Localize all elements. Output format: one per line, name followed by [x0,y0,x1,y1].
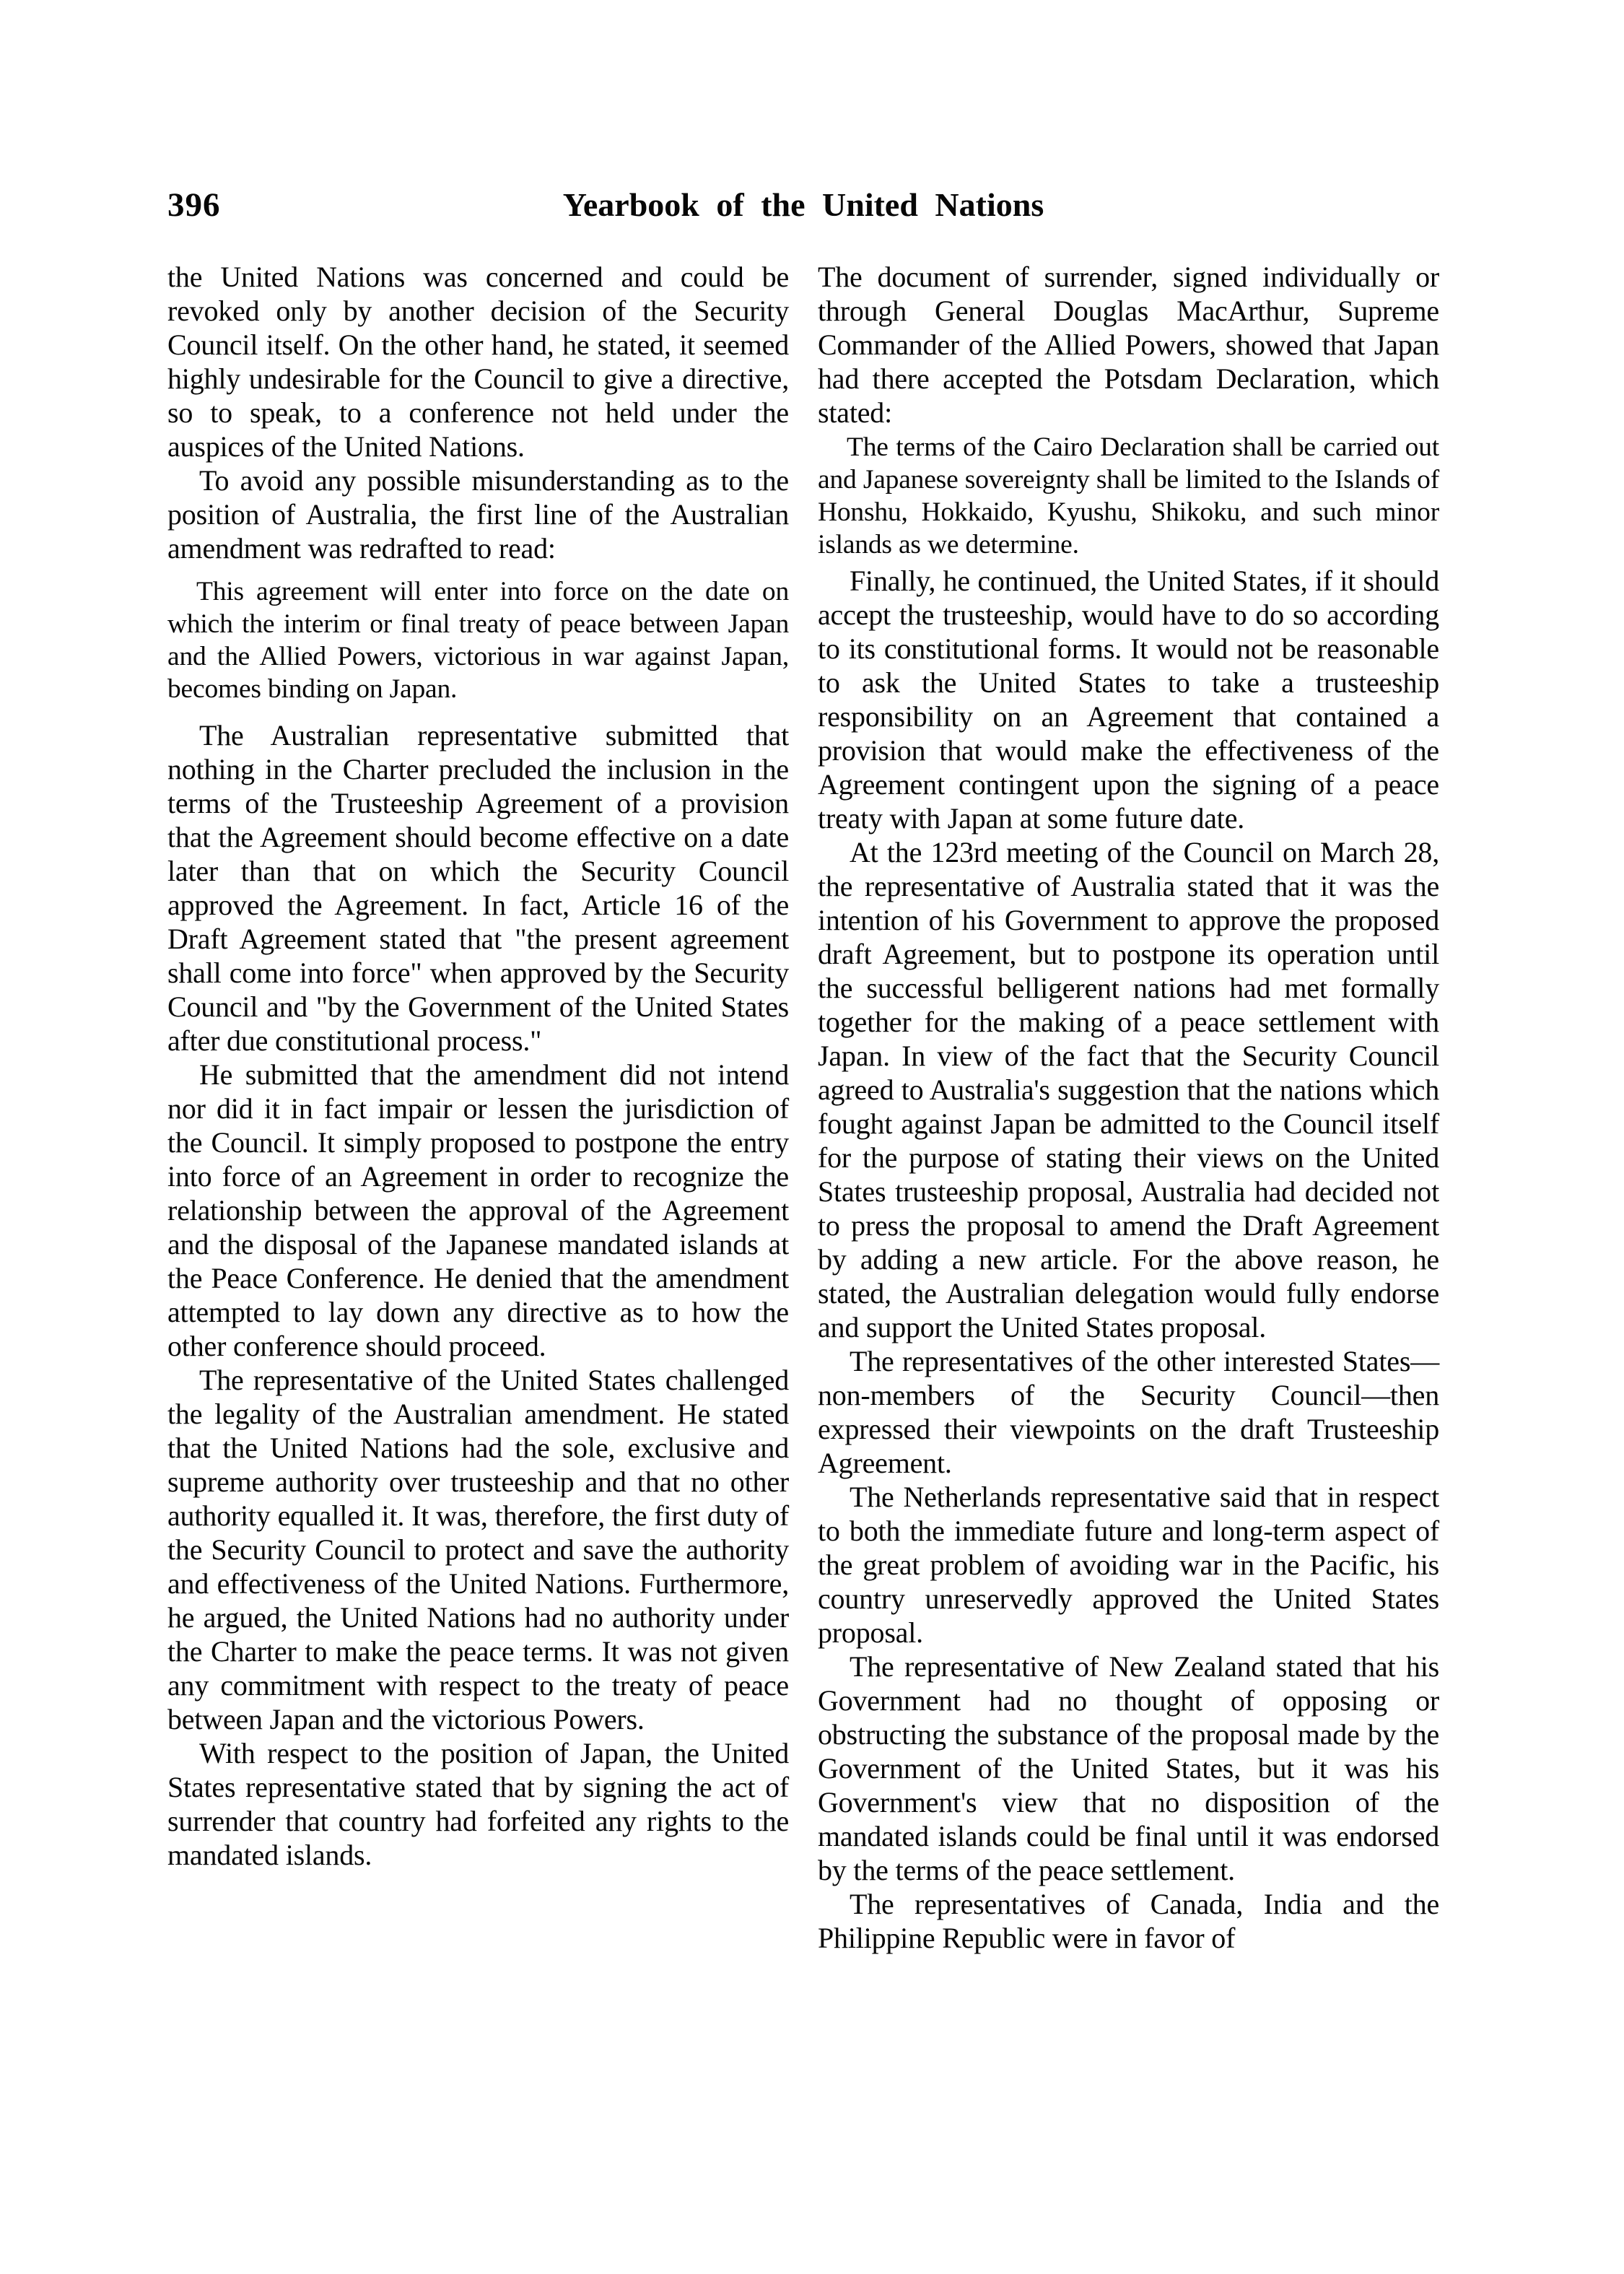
paragraph: To avoid any possible misunderstanding a… [167,463,789,565]
paragraph-continuation: the United Nations was concerned and cou… [167,260,789,463]
paragraph: The representatives of Canada, India and… [818,1887,1439,1955]
right-column: The document of surrender, signed indivi… [818,260,1439,1955]
paragraph: With respect to the position of Japan, t… [167,1736,789,1872]
paragraph: The representative of the United States … [167,1363,789,1736]
page-number: 396 [167,186,221,224]
paragraph: The Netherlands representative said that… [818,1480,1439,1650]
book-page: 396 Yearbook of the United Nations the U… [0,0,1624,2274]
text-columns: the United Nations was concerned and cou… [167,260,1439,1955]
paragraph: He submitted that the amendment did not … [167,1058,789,1363]
paragraph: The representatives of the other interes… [818,1344,1439,1480]
left-column: the United Nations was concerned and cou… [167,260,789,1955]
block-quote: The terms of the Cairo Declaration shall… [818,431,1439,561]
paragraph: The representative of New Zealand stated… [818,1650,1439,1887]
paragraph: At the 123rd meeting of the Council on M… [818,835,1439,1344]
paragraph: The Australian representative submitted … [167,718,789,1058]
paragraph-continuation: The document of surrender, signed indivi… [818,260,1439,430]
block-quote: This agreement will enter into force on … [167,575,789,705]
page-header: 396 Yearbook of the United Nations [167,186,1439,230]
paragraph: Finally, he continued, the United States… [818,564,1439,835]
page-header-title: Yearbook of the United Nations [167,186,1439,224]
